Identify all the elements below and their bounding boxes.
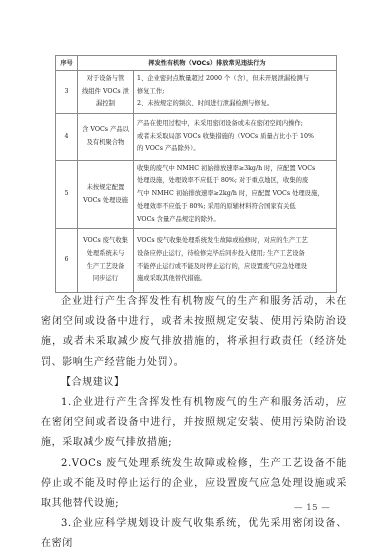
page-number: — 15 — [294, 503, 330, 513]
table-row: 5 未按规定配置 VOCs 处理设施 收集的废气中 NMHC 初始排放速率≥3k… [56, 161, 337, 229]
row-number: 4 [56, 114, 78, 161]
table-row: 4 含 VOCs 产品以 及有机聚合物 产品在使用过程中，未采用密闭设备或未在密… [56, 114, 337, 161]
vocs-violations-table: 序号 挥发性有机物（VOCs）排放常见违法行为 3 对于设备与管 线组件 VOC… [55, 55, 337, 293]
row-description: 产品在使用过程中，未采用密闭设备或未在密闭空间内操作; 或者未采取局部 VOCs… [134, 114, 337, 161]
row-number: 6 [56, 229, 78, 293]
table-row: 6 VOCs 废气收集 处理系统未与 生产工艺设备 同步运行 VOCs 废气收集… [56, 229, 337, 293]
suggestion-3: 3.企业应科学规划设计废气收集系统，优先采用密闭设备、在密闭 [41, 514, 347, 551]
row-description: VOCs 废气收集处理系统发生故障或检修时，对应的生产工艺 设备应停止运行，待检… [134, 229, 337, 293]
row-description: 收集的废气中 NMHC 初始排放速率≥3kg/h 时，应配置 VOCs 处理设施… [134, 161, 337, 229]
section-heading-compliance: 【合规建议】 [41, 373, 347, 393]
table-row: 3 对于设备与管 线组件 VOCs 泄 漏控制 1、企业密封点数量超过 2000… [56, 71, 337, 114]
row-number: 3 [56, 71, 78, 114]
liability-paragraph: 企业进行产生含挥发性有机物废气的生产和服务活动，未在密闭空间或设备中进行，或者未… [41, 292, 347, 373]
row-category: 含 VOCs 产品以 及有机聚合物 [78, 114, 134, 161]
row-category: 未按规定配置 VOCs 处理设施 [78, 161, 134, 229]
table-header-row: 序号 挥发性有机物（VOCs）排放常见违法行为 [56, 56, 337, 71]
row-description: 1、企业密封点数量超过 2000 个（含），但未开展泄漏检测与 修复工作; 2、… [134, 71, 337, 114]
row-number: 5 [56, 161, 78, 229]
row-category: VOCs 废气收集 处理系统未与 生产工艺设备 同步运行 [78, 229, 134, 293]
document-page: 序号 挥发性有机物（VOCs）排放常见违法行为 3 对于设备与管 线组件 VOC… [0, 0, 390, 551]
suggestion-1: 1.企业进行产生含挥发性有机物废气的生产和服务活动，应在密闭空间或者设备中进行，… [41, 393, 347, 454]
row-category: 对于设备与管 线组件 VOCs 泄 漏控制 [78, 71, 134, 114]
header-seq: 序号 [56, 56, 78, 71]
header-behavior: 挥发性有机物（VOCs）排放常见违法行为 [78, 56, 337, 71]
